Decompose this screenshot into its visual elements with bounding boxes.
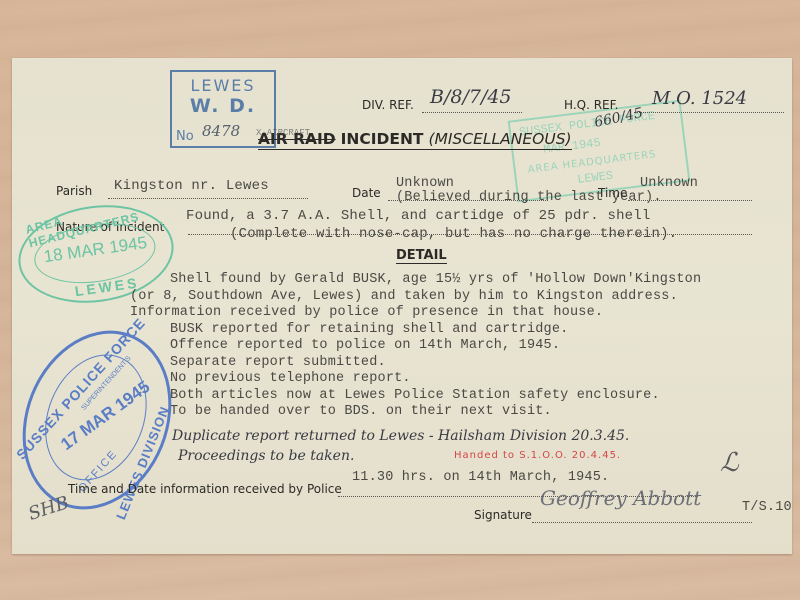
hq-ref-label: H.Q. REF.: [564, 98, 618, 112]
stamp-no-value: 8478: [202, 122, 240, 140]
detail-line: Shell found by Gerald BUSK, age 15½ yrs …: [170, 272, 701, 289]
time-value: Unknown: [640, 176, 698, 191]
sussex-police-superintendent-stamp: SUSSEX POLICE FORCE SUPERINTENDENT'S 17 …: [0, 308, 197, 532]
detail-line: Offence reported to police on 14th March…: [170, 338, 701, 355]
nature-line1: Found, a 3.7 A.A. Shell, and cartidge of…: [186, 208, 650, 224]
title-qualifier: (MISCELLANEOUS): [428, 130, 571, 148]
stamp-line2: W. D.: [172, 95, 274, 117]
nature-line2: (Complete with nose-cap, but has no char…: [230, 226, 677, 242]
detail-line: To be handed over to BDS. on their next …: [170, 404, 701, 421]
received-value: 11.30 hrs. on 14th March, 1945.: [352, 470, 609, 485]
detail-line: Separate report submitted.: [170, 355, 701, 372]
received-label: Time and Date information received by Po…: [68, 482, 342, 496]
incident-report-card: LEWES W. D. No 8478 SUSSEX POLICE FORCE …: [12, 58, 792, 554]
detail-line: No previous telephone report.: [170, 371, 701, 388]
parish-label: Parish: [56, 184, 92, 198]
signature-label: Signature: [474, 508, 532, 522]
stamp-no-label: No: [176, 129, 194, 144]
detail-line: Both articles now at Lewes Police Statio…: [170, 388, 701, 405]
hq-ref-line: [634, 112, 784, 113]
div-ref-label: DIV. REF.: [362, 98, 414, 112]
time-label: Time: [598, 186, 627, 200]
signature-line: [532, 522, 752, 523]
title-overstamp: X-AIRCRAFT: [256, 128, 310, 138]
date-value: Unknown: [396, 176, 454, 191]
title-main: INCIDENT: [341, 130, 424, 148]
detail-heading: DETAIL: [396, 248, 447, 264]
red-handed-note: Handed to S.1.O.O. 20.4.45.: [454, 450, 621, 461]
date-label: Date: [352, 186, 381, 200]
parish-value: Kingston nr. Lewes: [114, 178, 269, 194]
form-code: T/S.10: [742, 500, 792, 515]
handwritten-proceedings-note: Proceedings to be taken.: [178, 448, 354, 464]
initial-scribble: ℒ: [720, 448, 739, 478]
div-ref-line: [422, 112, 522, 113]
div-ref-value: B/8/7/45: [430, 86, 512, 108]
hq-ref-value: M.O. 1524: [652, 88, 747, 109]
time-line: [628, 200, 752, 201]
rect-stamp-line4: LEWES: [577, 169, 614, 187]
detail-block: Shell found by Gerald BUSK, age 15½ yrs …: [170, 272, 701, 421]
detail-line: BUSK reported for retaining shell and ca…: [170, 322, 701, 339]
signature-value: Geoffrey Abbott: [540, 486, 701, 510]
initials-scribble: SHB: [26, 492, 72, 525]
detail-line: (or 8, Southdown Ave, Lewes) and taken b…: [130, 289, 701, 306]
stamp-line1: LEWES: [172, 76, 274, 95]
detail-line: Information received by police of presen…: [130, 305, 701, 322]
handwritten-duplicate-note: Duplicate report returned to Lewes - Hai…: [172, 428, 629, 444]
